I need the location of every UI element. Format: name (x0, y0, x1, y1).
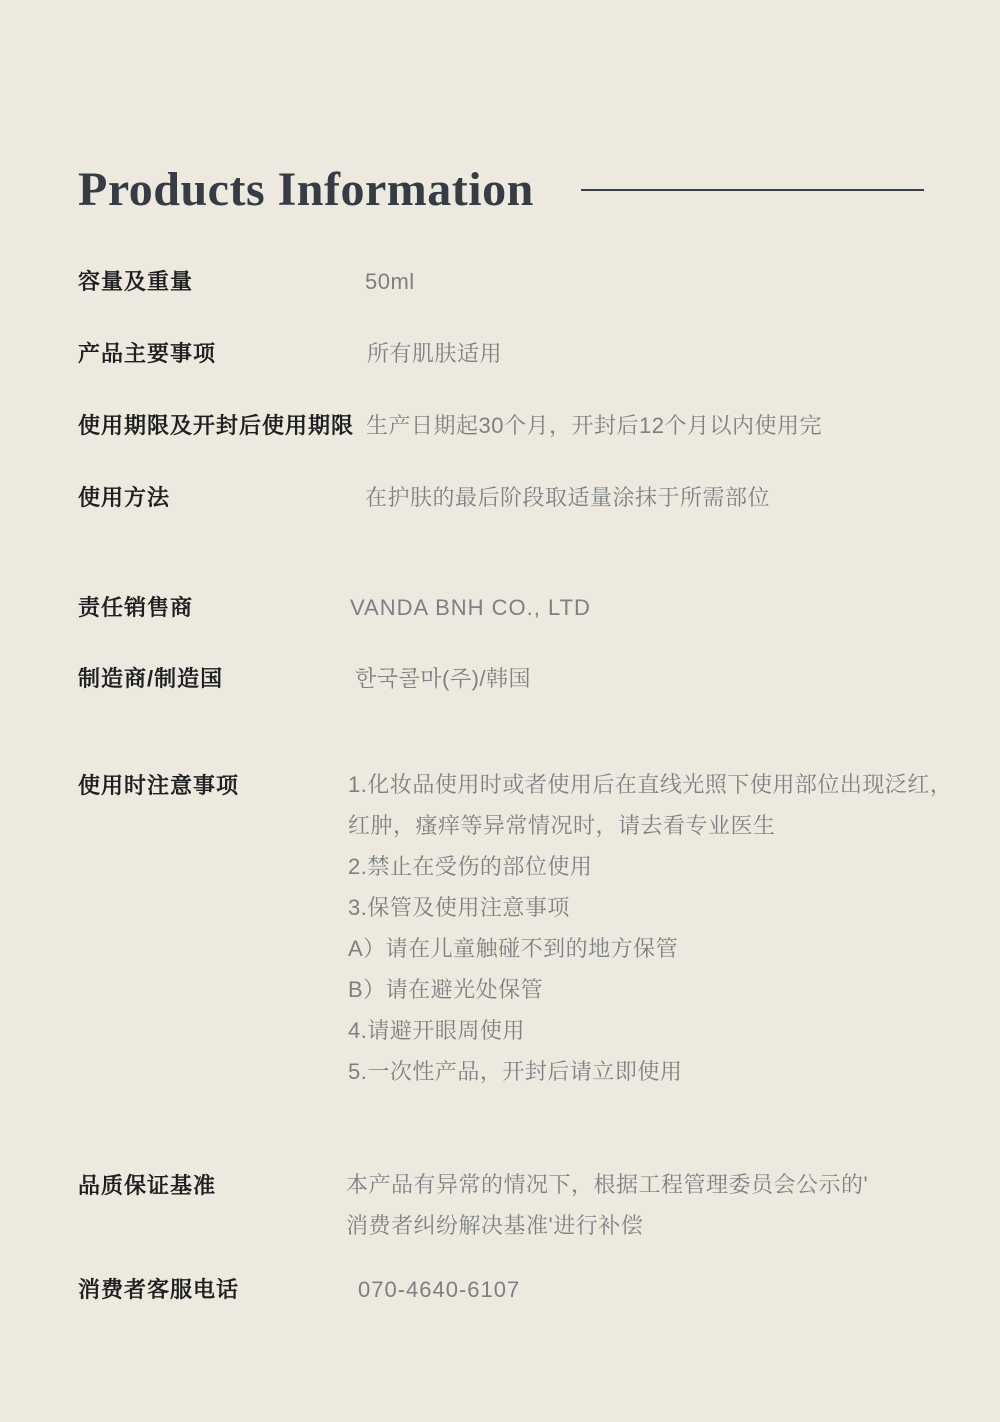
precaution-line: 3.保管及使用注意事项 (348, 895, 958, 920)
precaution-line: A）请在儿童触碰不到的地方保管 (348, 936, 958, 961)
row-label: 责任销售商 (78, 594, 346, 622)
row-value: 所有肌肤适用 (346, 340, 958, 368)
header-rule-line (581, 189, 924, 191)
row-quality-assurance: 品质保证基准 本产品有异常的情况下，根据工程管理委员会公示的' 消费者纠纷解决基… (78, 1172, 958, 1238)
row-expiry-period: 使用期限及开封后使用期限 生产日期起30个月，开封后12个月以内使用完 (78, 412, 958, 440)
row-label: 使用期限及开封后使用期限 (78, 412, 354, 440)
row-label: 品质保证基准 (78, 1172, 346, 1200)
row-label: 制造商/制造国 (78, 665, 346, 693)
row-value: 070-4640-6107 (346, 1276, 958, 1304)
row-usage-precautions: 使用时注意事项 1.化妆品使用时或者使用后在直线光照下使用部位出现泛红， 红肿，… (78, 772, 958, 1084)
precaution-line: 1.化妆品使用时或者使用后在直线光照下使用部位出现泛红， (348, 772, 958, 797)
precaution-line: 4.请避开眼周使用 (348, 1018, 958, 1043)
row-label: 消费者客服电话 (78, 1276, 346, 1304)
product-information-page: Products Information 容量及重量 50ml 产品主要事项 所… (0, 0, 1000, 1422)
precaution-line: B）请在避光处保管 (348, 977, 958, 1002)
row-manufacturer-country: 制造商/制造国 한국콜마(주)/韩国 (78, 665, 958, 693)
row-usage-method: 使用方法 在护肤的最后阶段取适量涂抹于所需部位 (78, 484, 958, 512)
precaution-line: 5.一次性产品，开封后请立即使用 (348, 1059, 958, 1084)
row-value: VANDA BNH CO., LTD (346, 594, 958, 622)
row-customer-service-phone: 消费者客服电话 070-4640-6107 (78, 1276, 958, 1304)
row-value-lines: 本产品有异常的情况下，根据工程管理委员会公示的' 消费者纠纷解决基准'进行补偿 (346, 1172, 958, 1238)
precaution-line: 2.禁止在受伤的部位使用 (348, 854, 958, 879)
row-label: 使用方法 (78, 484, 346, 512)
quality-line: 本产品有异常的情况下，根据工程管理委员会公示的' (346, 1172, 958, 1197)
row-label: 使用时注意事项 (78, 772, 346, 800)
row-value: 50ml (346, 268, 958, 296)
row-product-notes: 产品主要事项 所有肌肤适用 (78, 340, 958, 368)
precaution-line: 红肿，瘙痒等异常情况时，请去看专业医生 (348, 813, 958, 838)
quality-line: 消费者纠纷解决基准'进行补偿 (346, 1213, 958, 1238)
row-capacity-weight: 容量及重量 50ml (78, 268, 958, 296)
row-responsible-seller: 责任销售商 VANDA BNH CO., LTD (78, 594, 958, 622)
row-value: 在护肤的最后阶段取适量涂抹于所需部位 (346, 484, 958, 512)
row-label: 产品主要事项 (78, 340, 346, 368)
row-value: 生产日期起30个月，开封后12个月以内使用完 (354, 412, 958, 440)
row-label: 容量及重量 (78, 268, 346, 296)
row-value-lines: 1.化妆品使用时或者使用后在直线光照下使用部位出现泛红， 红肿，瘙痒等异常情况时… (346, 772, 958, 1084)
page-title: Products Information (78, 164, 534, 217)
row-value: 한국콜마(주)/韩国 (346, 665, 958, 693)
